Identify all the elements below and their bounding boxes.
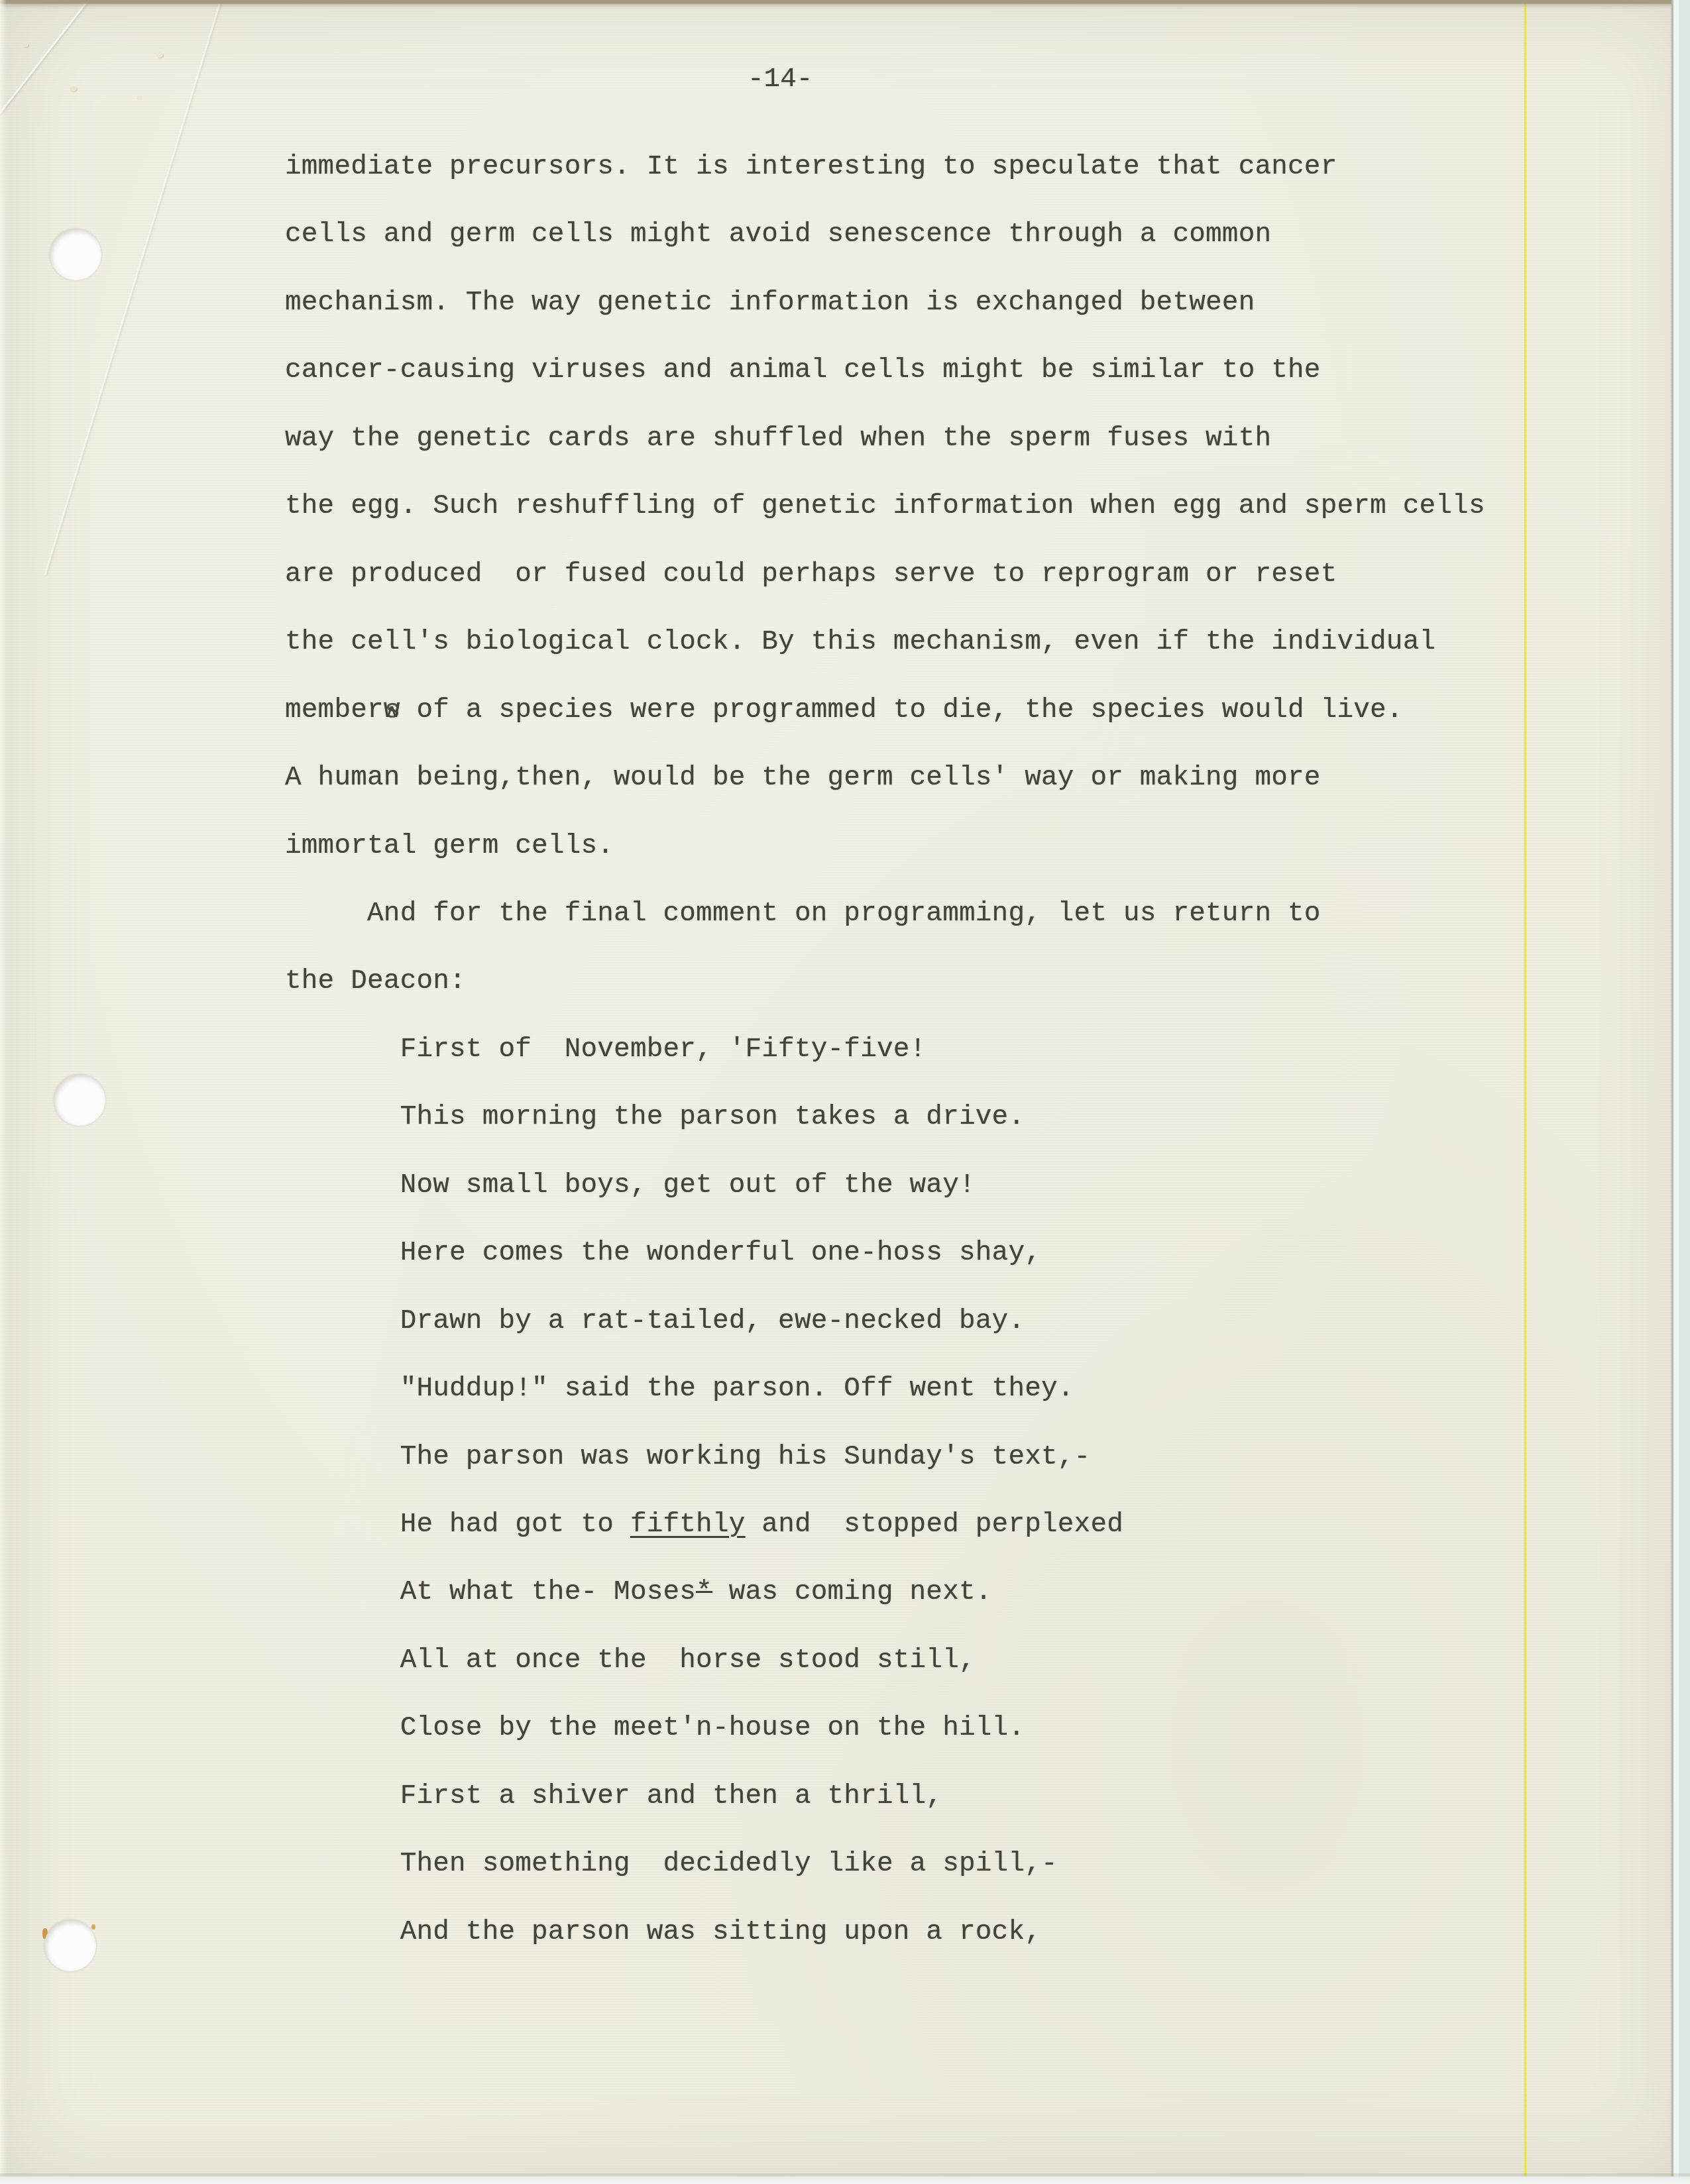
typewritten-line: A human being,then, would be the germ ce…: [285, 765, 1321, 792]
typewritten-line: This morning the parson takes a drive.: [285, 1104, 1025, 1131]
text-run: A human being,then, would be the germ ce…: [285, 763, 1321, 793]
text-run: fifthly: [630, 1509, 746, 1540]
typewritten-line: are produced or fused could perhaps serv…: [285, 561, 1337, 588]
text-run: s: [384, 698, 401, 725]
text-run: the Deacon:: [285, 966, 466, 997]
text-run: immediate precursors. It is interesting …: [285, 152, 1337, 182]
text-run: *: [696, 1577, 712, 1608]
text-run: mechanism. The way genetic information i…: [285, 288, 1255, 318]
paper-edge-left: [0, 0, 7, 2184]
typewritten-line: Now small boys, get out of the way!: [285, 1172, 976, 1199]
text-run: cells and germ cells might avoid senesce…: [285, 219, 1271, 250]
text-run: First a shiver and then a thrill,: [285, 1781, 942, 1812]
typewritten-line: Here comes the wonderful one-hoss shay,: [285, 1240, 1041, 1267]
text-run: Drawn by a rat-tailed, ewe-necked bay.: [285, 1306, 1025, 1337]
text-run: way the genetic cards are shuffled when …: [285, 423, 1271, 454]
scanned-document-page: -14- immediate precursors. It is interes…: [0, 0, 1690, 2184]
typewritten-line: He had got to fifthly and stopped perple…: [285, 1511, 1123, 1539]
typewritten-line: "Huddup!" said the parson. Off went they…: [285, 1376, 1074, 1403]
text-run: the cell's biological clock. By this mec…: [285, 627, 1436, 657]
typewritten-line: Close by the meet'n-house on the hill.: [285, 1715, 1025, 1742]
typewritten-line: the cell's biological clock. By this mec…: [285, 629, 1436, 656]
typewritten-line: mechanism. The way genetic information i…: [285, 290, 1255, 317]
text-run: member: [285, 695, 384, 726]
scanner-edge-right: [1670, 0, 1690, 2184]
typewritten-line: All at once the horse stood still,: [285, 1647, 976, 1674]
text-run: cancer-causing viruses and animal cells …: [285, 355, 1321, 386]
text-run: Then something decidedly like a spill,-: [285, 1849, 1058, 1879]
text-run: He had got to: [285, 1509, 630, 1540]
text-run: And for the final comment on programming…: [285, 899, 1321, 929]
text-run: and stopped perplexed: [746, 1509, 1124, 1540]
typewritten-line: First a shiver and then a thrill,: [285, 1783, 942, 1810]
typewritten-line: the egg. Such reshuffling of genetic inf…: [285, 493, 1485, 520]
typewritten-line: And for the final comment on programming…: [285, 901, 1321, 928]
text-run: All at once the horse stood still,: [285, 1645, 976, 1676]
text-run: And the parson was sitting upon a rock,: [285, 1917, 1041, 1947]
typewritten-line: Drawn by a rat-tailed, ewe-necked bay.: [285, 1308, 1025, 1335]
text-run: Now small boys, get out of the way!: [285, 1170, 976, 1201]
typewritten-line: cancer-causing viruses and animal cells …: [285, 357, 1321, 384]
scanner-edge-bottom: [0, 2173, 1690, 2184]
text-run: "Huddup!" said the parson. Off went they…: [285, 1374, 1074, 1404]
text-run: was coming next.: [712, 1577, 992, 1608]
text-run: immortal germ cells.: [285, 831, 614, 861]
text-run: This morning the parson takes a drive.: [285, 1102, 1025, 1132]
text-run: Close by the meet'n-house on the hill.: [285, 1713, 1025, 1743]
typewritten-line: At what the- Moses* was coming next.: [285, 1579, 992, 1606]
typewritten-line: memberws of a species were programmed to…: [285, 697, 1403, 724]
typewritten-line: First of November, 'Fifty-five!: [285, 1036, 926, 1064]
typewritten-line: way the genetic cards are shuffled when …: [285, 425, 1271, 453]
typewritten-line: the Deacon:: [285, 968, 466, 995]
typewritten-line: immortal germ cells.: [285, 833, 614, 860]
text-run: Here comes the wonderful one-hoss shay,: [285, 1238, 1041, 1268]
text-run: ws: [384, 697, 400, 724]
typewritten-line: And the parson was sitting upon a rock,: [285, 1919, 1041, 1946]
text-run: At what the- Moses: [285, 1577, 696, 1608]
typewritten-line: The parson was working his Sunday's text…: [285, 1444, 1090, 1471]
typewritten-line: Then something decidedly like a spill,-: [285, 1851, 1058, 1878]
scanner-edge-top: [0, 0, 1690, 9]
text-run: are produced or fused could perhaps serv…: [285, 559, 1337, 590]
typewritten-line: immediate precursors. It is interesting …: [285, 154, 1337, 181]
text-run: of a species were programmed to die, the…: [400, 695, 1403, 726]
typewritten-line: cells and germ cells might avoid senesce…: [285, 221, 1271, 248]
typewritten-text: immediate precursors. It is interesting …: [0, 0, 1690, 2184]
text-run: First of November, 'Fifty-five!: [285, 1034, 926, 1065]
text-run: The parson was working his Sunday's text…: [285, 1442, 1090, 1472]
text-run: the egg. Such reshuffling of genetic inf…: [285, 491, 1485, 521]
